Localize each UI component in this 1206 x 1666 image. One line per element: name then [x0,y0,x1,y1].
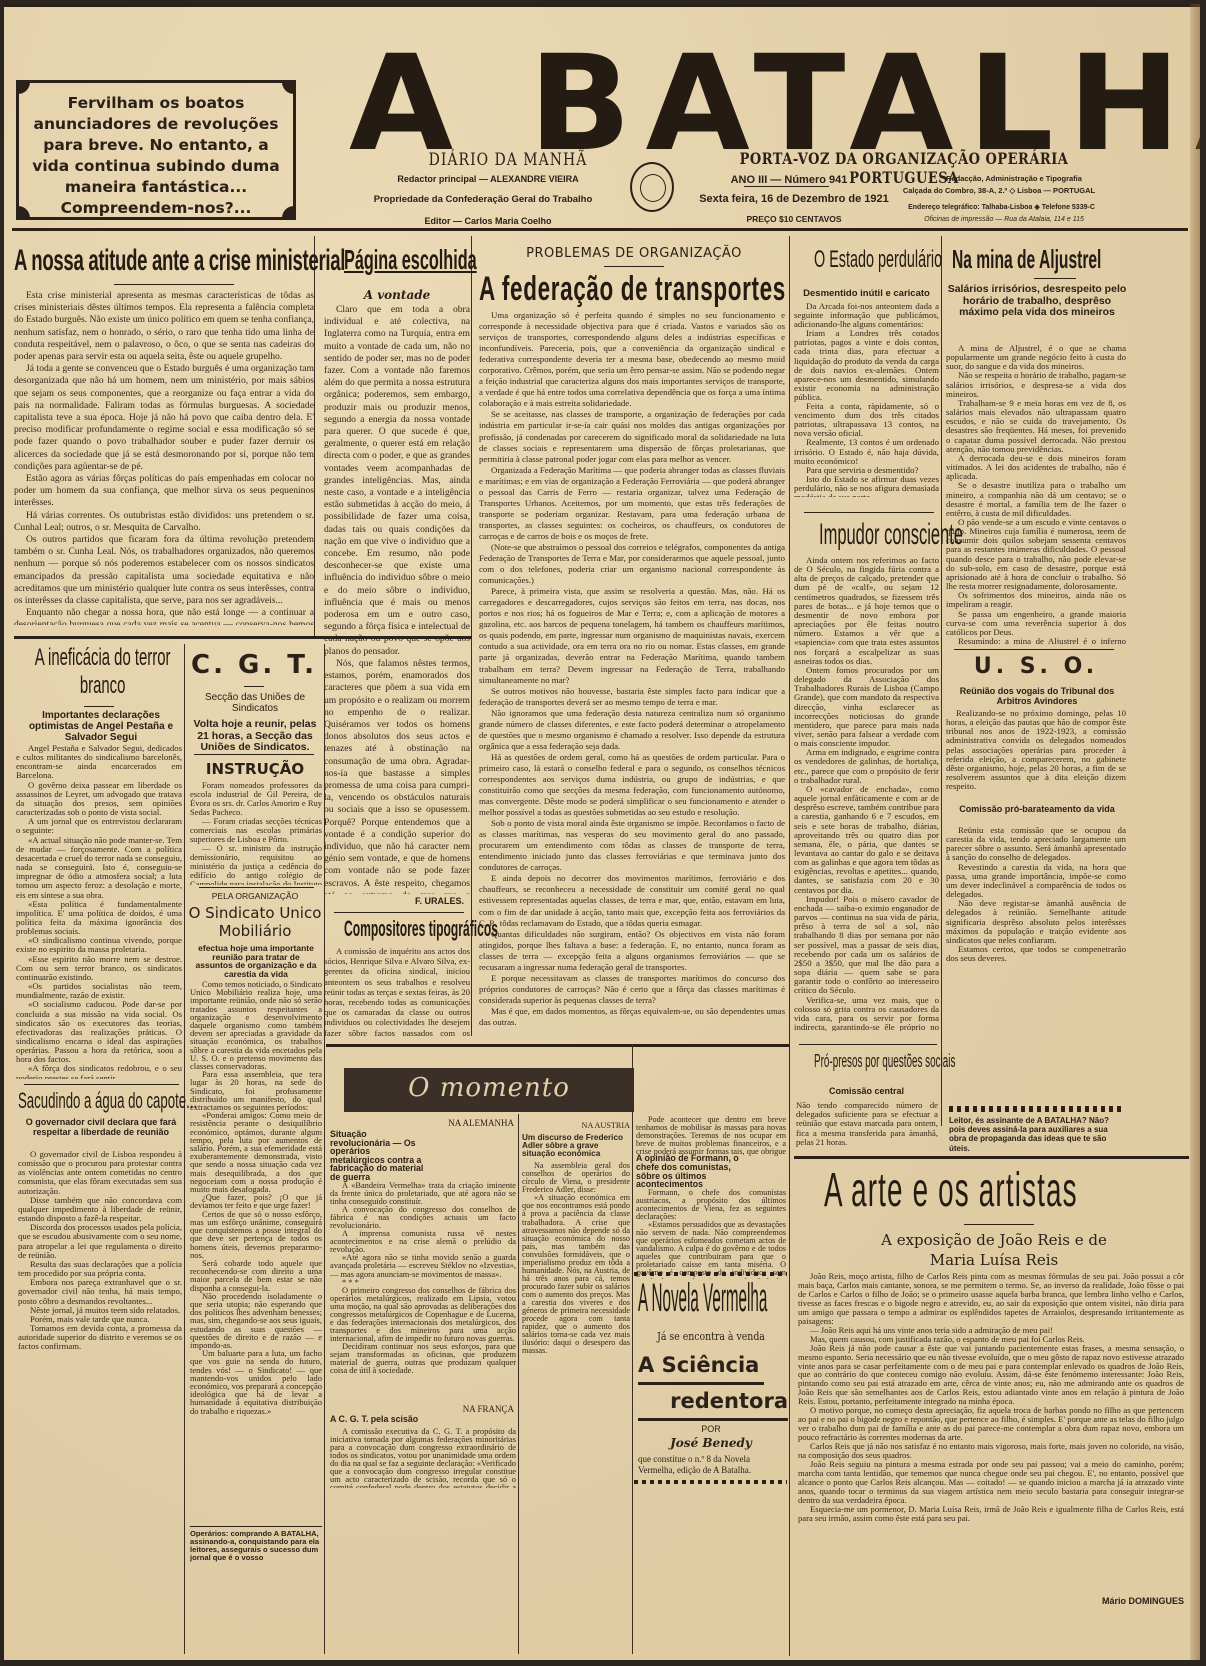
paragraph: Impudor! Pois o mísero cavador de enchad… [794,895,939,996]
subhead-estado: Desmentido inútil e caricato [794,288,939,299]
subhead-sindicato: efectua hoje uma importante reunião para… [194,944,318,978]
paragraph: Decidiram continuar nos seus esforços, p… [330,1343,516,1375]
section-rule [326,1044,789,1047]
divider [244,686,264,687]
editor-in-chief: Redactor principal — ALEXANDRE VIEIRA [358,174,618,184]
ad-by: POR [636,1424,786,1434]
ownership: Propriedade da Confederação Geral do Tra… [338,194,628,205]
wavy-divider [634,1480,787,1484]
paragraph: Os outros partidos que ficaram fora da ú… [14,534,314,607]
column-rule [518,1114,519,1654]
paragraph: Se passa um engenheiro, a grande maioria… [946,610,1126,637]
paragraph: A imprensa comunista russa vê nestes aco… [330,1230,516,1254]
banner-momento-internacional: O momento internacional [344,1068,634,1112]
article-body-cgt: Volta hoje a reunir, pelas 21 horas, a S… [188,719,322,754]
section-rule [794,1156,1189,1159]
article-body-pagina: Claro que em toda a obra individual e at… [324,304,470,894]
article-body-aljustrel: A mina de Aljustrel, é o que se chama po… [946,344,1126,644]
paragraph: «Estamos persuadidos que as devastações … [636,1221,786,1279]
paragraph: Iriam a Londres três cotados patriotas, … [794,329,939,402]
paragraph: ¿Que fazer, pois? ¡O que já deviamos ter… [190,1193,322,1209]
column-rule [314,236,315,636]
paragraph: Estamos certos, que todos se compenetrar… [946,945,1126,963]
paragraph: Não procedendo isoladamente o que seria … [190,1292,322,1349]
headline-sindicato: O Sindicato Unico Mobiliário [188,904,322,940]
wavy-divider [949,1106,1124,1112]
divider [804,512,934,513]
paragraph: Se outros motivos não houvesse, bastaria… [479,686,785,708]
paragraph: Reüniu esta comissão que se ocupou da ca… [946,826,1126,863]
section-rule [14,636,472,639]
page-edge [1190,4,1200,1660]
headline-pagina: Página escolhida [344,244,477,276]
headline-sacudindo: Sacudindo a água do capote... [18,1088,197,1114]
top-border [4,4,1200,7]
subhead-franca: A C. G. T. pela scisão [330,1415,450,1424]
divider [84,706,114,707]
headline-crise: A nossa atitude ante a crise ministerial [14,244,345,278]
kicker-federacao: PROBLEMAS DE ORGANIZAÇÃO [484,246,784,261]
paragraph: «O sindicalismo continua vivendo, porque… [16,936,182,954]
paragraph: Para essa assembleia, que tera lugar às … [190,1070,322,1111]
paragraph: Ontem fomos procurados por um delegado d… [794,666,939,748]
paragraph: A necessidade ontem reconhecida pelas cl… [479,1028,785,1030]
address: Calçada do Combro, 38-A, 2.º ◇ Lisboa — … [884,186,1114,195]
subhead-pro-presos: Comissão central [794,1086,939,1096]
paragraph: Claro que em toda a obra individual e at… [324,304,470,658]
divider [964,1224,1034,1225]
subhead-pagina: A vontade [324,288,470,302]
paragraph: Resumindo: a mina de Aljustrel é o infer… [946,637,1126,644]
paragraph: Embora nos pareça extranhavel que o sr. … [18,1278,182,1305]
article-body-impudor: Ainda ontem nos referimos ao facto de O … [794,556,939,1031]
masthead-subtitle: DIÁRIO DA MANHÃ [408,150,608,169]
column-rule [324,644,325,1654]
print-shop: Oficinas de impressão — Rua da Atalaia, … [894,216,1114,223]
headline-compositores: Compositores tipográficos [344,916,498,942]
paragraph: A «Bandeira Vermelha» trata da criação i… [330,1182,516,1206]
divider [334,912,464,913]
paragraph: Uma organização só é perfeita quando é s… [479,310,785,409]
corner-ornament [18,82,30,94]
article-body-arte: João Reis, moço artista, filho de Carlos… [798,1272,1184,1622]
paragraph: «Os partidos socialistas não teem, mundi… [16,982,182,1000]
telegraph: Endereço telegráfico: Talhaba-Lisboa ◈ T… [889,203,1114,211]
paragraph: «Ponderai amigos: Como meio de resistênc… [190,1111,322,1193]
paragraph: Se se aceitasse, nas classes de transpor… [479,409,785,464]
admin-label: Redacção, Administração e Tipografia [914,174,1114,183]
article-body-uso-2: Reüniu esta comissão que se ocupou da ca… [946,826,1126,1051]
paragraph: Organizada a Federação Marítima — que po… [479,465,785,542]
divider [190,1526,322,1527]
ad-series-title: A Novela Vermelha [638,1276,767,1320]
paragraph: Mas é que, em dados momentos, as fôrças … [479,1006,785,1028]
column-rule [632,1044,633,1654]
headline-cgt: C. G. T. [186,650,322,680]
article-body-formann: Formann, o chefe dos comunistas austríac… [636,1189,786,1279]
article-body-instrucao: Foram nomeados professores da escola ind… [190,781,322,885]
subhead-uso-2: Comissão pró-barateamento da vida [946,804,1128,814]
divider [604,266,664,267]
paragraph: João Reis, moço artista, filho de Carlos… [798,1272,1184,1326]
paragraph: Esquecia-me um pormenor, D. Maria Luísa … [798,1505,1184,1523]
issue-date: Sexta feira, 16 de Dezembro de 1921 [684,193,904,205]
subhead-terror: Importantes declarações optimistas de An… [18,710,184,743]
paragraph: Tomamos em devida conta, a promessa da a… [18,1324,182,1351]
headline-instrucao: INSTRUÇÃO [188,760,322,778]
paragraph: Já toda a gente se convenceu que o Estad… [14,363,314,473]
headline-terror: A ineficácia do terror branco [22,644,183,700]
country-label-franca: NA FRANÇA [334,1404,514,1414]
article-body-sacudindo: O governador civil de Lisboa respondeu à… [18,1150,182,1480]
paragraph: «Esse espirito não morre nem se destroe.… [16,955,182,982]
article-body-sindicato: Como temos noticiado, o Sindicato Unico … [190,980,322,1465]
column-rule [789,236,790,1656]
divider [638,1418,788,1421]
corner-ornament [282,206,294,218]
headline-arte: A arte e os artistas [824,1164,1078,1218]
paragraph: A mina de Aljustrel, é o que se chama po… [946,344,1126,371]
editor: Editor — Carlos Maria Coelho [358,216,618,226]
column-rule [184,644,185,1654]
headline-uso: U. S. O. [946,654,1126,679]
divider [194,754,314,755]
subhead-alemanha: Situação revolucionária — Os operários m… [330,1130,426,1182]
paragraph: E ainda depois no decorrer dos movimento… [479,873,785,928]
paragraph: Angel Pestaña e Salvador Segui, dedicado… [16,744,182,781]
signature-urales: F. URALES. [324,896,464,906]
paragraph: Enquanto não chegar a nossa hora, que nã… [14,607,314,625]
paragraph: Estão agora as várias fôrças políticas d… [14,473,314,510]
teaser-text: Fervilham os boatos anunciadores de revo… [32,94,279,217]
signature-domingues: Mário DOMINGUES [1004,1596,1184,1606]
paragraph: João Reis já não pode causar a êste que … [798,1344,1184,1407]
paragraph: Será cobarde todo aquele que reconhecend… [190,1259,322,1292]
divider [199,887,314,888]
column-rule [941,236,942,1126]
paragraph: Certos de que só o nosso esfôrço, mas um… [190,1210,322,1259]
paragraph: «A situação económica em que nos encontr… [522,1194,630,1355]
price: PREÇO $10 CENTAVOS [724,214,864,224]
article-body-estado: Da Arcada foi-nos anteontem dada a segui… [794,302,939,497]
paragraph: Esta crise ministerial apresenta as mesm… [14,290,314,363]
article-body-franca: A comissão executiva da C. G. T. a propó… [330,1428,516,1488]
ad-author: José Benedy [636,1436,786,1450]
ad-book-title-line1: A Sciência [638,1352,788,1378]
paragraph: Da Arcada foi-nos anteontem dada a segui… [794,302,939,329]
headline-impudor: Impudor consciente [819,518,963,552]
country-label-austria: NA AUSTRIA [522,1122,630,1130]
subhead-formann: A opinião de Formann, o chefe dos comuni… [636,1154,756,1189]
paragraph: Nós, que falamos nêstes termos, estamos,… [324,658,470,894]
teaser-box: Fervilham os boatos anunciadores de revo… [16,80,296,220]
paragraph: Há as questões de ordem geral, como há a… [479,752,785,818]
subhead-cgt: Secção das Uniões de Sindicatos [188,692,322,714]
paragraph: Disse também que não concordava com qual… [18,1196,182,1223]
paragraph: Isto do Estado se afirmar duas vezes per… [794,475,939,497]
headline-aljustrel: Na mina de Aljustrel [952,244,1101,274]
kicker-sindicato: PELA ORGANIZAÇÃO [188,891,322,901]
divider [1034,278,1076,279]
paragraph: Verifica-se, uma vez mais, que o colosso… [794,996,939,1032]
paragraph: O pão vende-se a um escudo e vinte centa… [946,518,1126,591]
paragraph: O primeiro congresso dos conselhos de fá… [330,1287,516,1343]
divider [954,649,1114,650]
paragraph: Carlos Reis que já não nos satisfaz é no… [798,1442,1184,1460]
paragraph: Os sofrimentos dos mineiros, ainda não o… [946,591,1126,609]
paragraph: João Reis seguiu na pintura a mesma estr… [798,1460,1184,1505]
divider [799,1044,937,1045]
paragraph: — O sr. ministro da instrução demissioná… [190,844,322,885]
ad-footer: que constitue o n.º 8 da Novela Vermelha… [638,1454,786,1475]
country-label-alemanha: NA ALEMANHA [334,1118,514,1128]
paragraph: Um baluarte para a luta, um facho que vo… [190,1349,322,1415]
paragraph: «A actual situação não pode manter-se. T… [16,836,182,900]
paragraph: Foram nomeados professores da escola ind… [190,781,322,817]
subhead-austria: Um discurso de Frederico Adler sôbre a g… [522,1134,630,1158]
promo-sindicato: Operários: comprando A BATALHA, assinand… [190,1530,322,1562]
divider [638,1382,764,1385]
article-body-pro-presos: Não tendo comparecido número de delegado… [796,1101,938,1151]
divider [744,186,829,187]
paragraph: Arma em indignado, e esgrime contra os v… [794,748,939,785]
paragraph: Realmente, 13 contos é um ordenado irris… [794,438,939,465]
corner-ornament [282,82,294,94]
paragraph: «A fôrça dos sindicatos redobrou, e o se… [16,1064,182,1079]
paragraph: O «cavador de enchada», como aquele jorn… [794,785,939,895]
paragraph: A convocação do congresso dos conselhos … [330,1206,516,1230]
paragraph: Sob o ponto de vista moral ainda êste or… [479,818,785,873]
subhead-arte: A exposição de João Reis e de Maria Luís… [864,1230,1124,1270]
paragraph: Como temos noticiado, o Sindicato Unico … [190,980,322,1070]
article-body-alemanha: A «Bandeira Vermelha» trata da criação i… [330,1182,516,1407]
newspaper-logo: A BATALHA [349,49,1099,159]
paragraph: Formann, o chefe dos comunistas austríac… [636,1189,786,1221]
paragraph: «Esta política é fundamentalmente impolí… [16,900,182,937]
headline-estado: O Estado perdulário [814,246,942,274]
masthead-rule [12,228,1188,231]
issue-number: ANO III — Número 941 [704,174,874,186]
headline-federacao: A federação de transportes [479,270,786,308]
paragraph: — Foram criadas secções técnicas comerci… [190,817,322,844]
paragraph: «Até agora não se tinha movido senão a g… [330,1254,516,1278]
newspaper-page: Fervilham os boatos anunciadores de revo… [4,4,1200,1660]
paragraph: (Note-se que abstraímos o pessoal dos co… [479,542,785,586]
paragraph: Não deve registar-se àmanhã ausência de … [946,899,1126,945]
paragraph: Ainda ontem nos referimos ao facto de O … [794,556,939,666]
paragraph: Pode acontecer que dentro em breve tenha… [636,1116,786,1156]
article-body-terror: Angel Pestaña e Salvador Segui, dedicado… [16,744,182,1079]
paragraph: Discorda dos processos usados pela políc… [18,1223,182,1260]
paragraph: A comissão de inquérito aos actos dos só… [324,946,470,1036]
corner-ornament [18,206,30,218]
article-body-austria: NA AUSTRIAUm discurso de Frederico Adler… [522,1118,630,1538]
article-body-uso: Realizando-se no próximo domingo, pelas … [946,709,1126,801]
divider [24,1084,179,1085]
ad-announce: Já se encontra à venda [647,1330,775,1343]
divider [114,284,234,285]
article-body-crise: Esta crise ministerial apresenta as mesm… [14,290,314,625]
paragraph: Feita a conta, ràpidamente, só o vencime… [794,402,939,438]
article-body-compositores: A comissão de inquérito aos actos dos só… [324,946,470,1036]
paragraph: Não se respeita o horário de trabalho, p… [946,371,1126,398]
paragraph: A comissão executiva da C. G. T. a propó… [330,1428,516,1488]
article-body-federacao: Uma organização só é perfeita quando é s… [479,310,785,1030]
article-body-formann-intro: Pode acontecer que dentro em breve tenha… [636,1116,786,1156]
ad-book-title-line2: redentora [638,1388,788,1414]
paragraph: Não ignoramos que uma federação desta na… [479,708,785,752]
paragraph: E porque necessitavam as classes de tran… [479,973,785,1006]
paragraph: Trabalham-se 9 e meia horas em vez de 8,… [946,399,1126,454]
paragraph: «O socialismo caducou. Pode dar-se por c… [16,1000,182,1064]
headline-pro-presos: Pró-presos por questões sociais [814,1050,955,1072]
subhead-uso: Reünião dos vogais do Tribunal dos Arbit… [946,686,1128,706]
paragraph: A um jornal que os entrevistou declarara… [16,817,182,835]
paragraph: Quantas dificuldades não surgiram, então… [479,929,785,973]
promo-uso: Leitor, és assinante de A BATALHA? Não? … [949,1116,1127,1153]
cgt-seal-icon [630,162,674,212]
paragraph: Na assembleia geral dos conselhos de ope… [522,1162,630,1194]
paragraph: O governador civil de Lisboa respondeu à… [18,1150,182,1196]
paragraph: O motivo porque, no começo desta aprecia… [798,1406,1184,1442]
subhead-sacudindo: O governador civil declara que fará resp… [18,1118,184,1138]
paragraph: Parece, à primeira vista, que assim se r… [479,586,785,685]
paragraph: O govêrno deixa passear em liberdade os … [16,781,182,818]
paragraph: Revestindo a carestia da vida, na hora q… [946,863,1126,900]
paragraph: A derrocada deu-se e dois mineiros foram… [946,454,1126,481]
paragraph: Se o desastre inutiliza para o trabalho … [946,481,1126,518]
paragraph: Resulta das suas declarações que a políc… [18,1260,182,1278]
subhead-aljustrel: Salários irrisórios, desrespeito pelo ho… [946,284,1128,319]
paragraph: Há várias correntes. Os outubristas estã… [14,510,314,534]
